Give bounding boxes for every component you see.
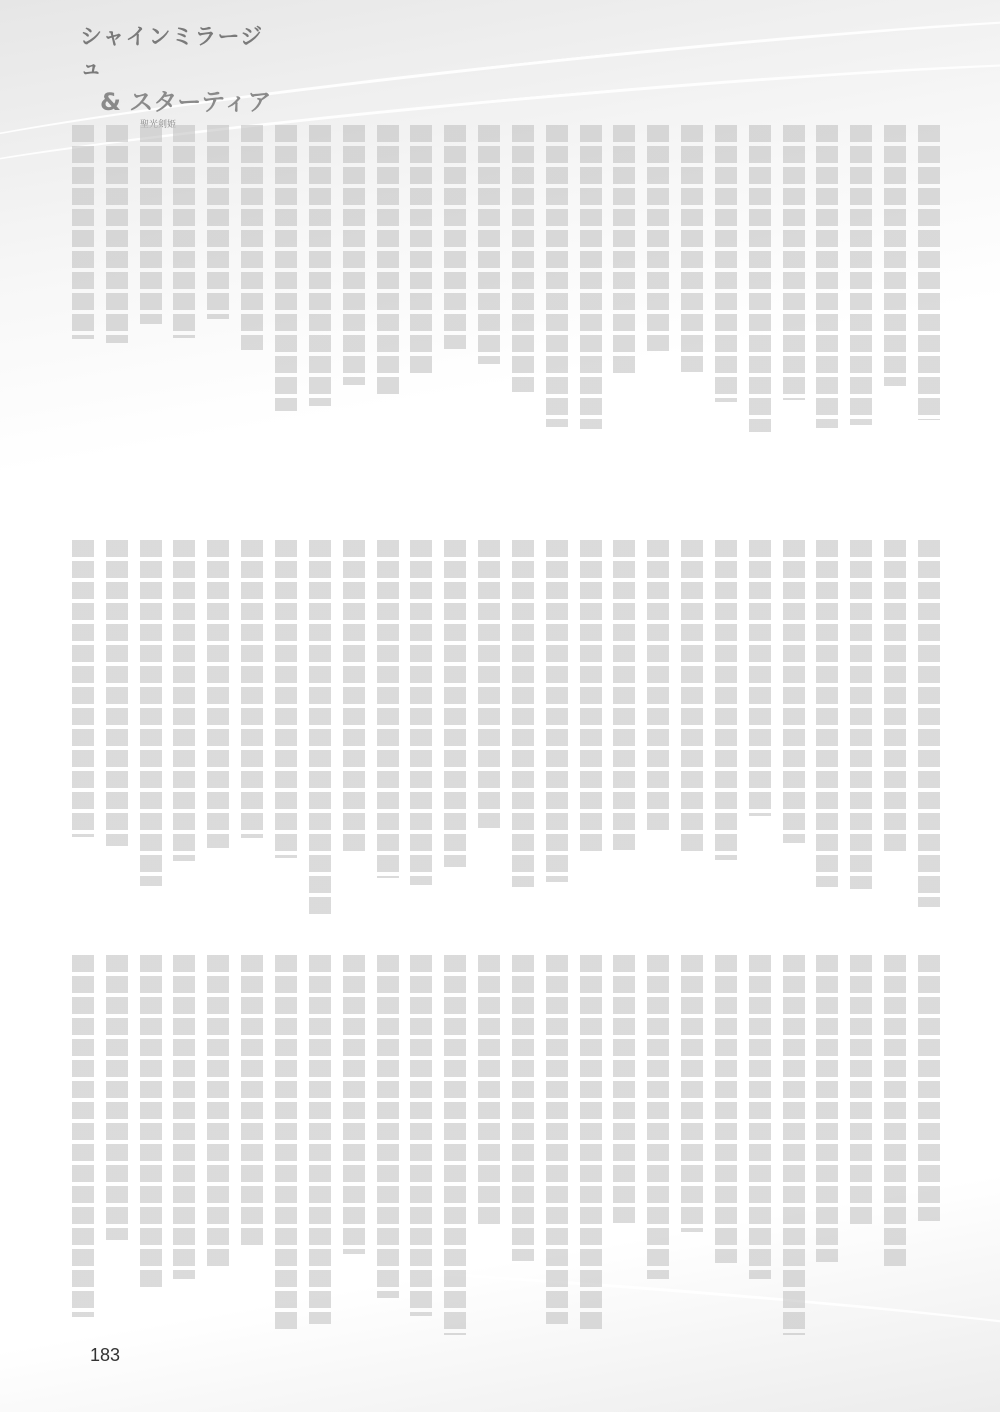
text-placeholder [275, 540, 297, 858]
text-placeholder [72, 540, 94, 837]
text-placeholder [343, 125, 365, 385]
text-placeholder [173, 955, 195, 1279]
text-column [365, 125, 399, 525]
text-placeholder [816, 955, 838, 1262]
text-column [602, 125, 636, 525]
text-placeholder [309, 955, 331, 1324]
text-placeholder [478, 955, 500, 1224]
text-column [669, 540, 703, 940]
text-column [128, 955, 162, 1355]
series-logo: シャインミラージュ & スターティア 聖光剣姫 [80, 20, 280, 100]
text-placeholder [918, 125, 940, 420]
text-column [60, 540, 94, 940]
text-band-top [60, 125, 940, 525]
text-column [771, 955, 805, 1355]
text-placeholder [72, 955, 94, 1317]
text-column [432, 125, 466, 525]
text-column [669, 125, 703, 525]
text-placeholder [546, 955, 568, 1324]
text-column [229, 540, 263, 940]
text-placeholder [512, 955, 534, 1261]
text-column [534, 955, 568, 1355]
text-placeholder [850, 125, 872, 425]
text-placeholder [647, 955, 669, 1279]
text-placeholder [377, 125, 399, 394]
text-placeholder [106, 125, 128, 343]
text-column [737, 955, 771, 1355]
text-column [568, 125, 602, 525]
text-placeholder [444, 955, 466, 1335]
text-placeholder [410, 540, 432, 885]
text-column [432, 955, 466, 1355]
text-placeholder [715, 125, 737, 402]
text-placeholder [512, 125, 534, 392]
text-column [128, 125, 162, 525]
text-column [128, 540, 162, 940]
text-column [737, 540, 771, 940]
text-placeholder [884, 125, 906, 386]
text-placeholder [343, 540, 365, 853]
text-placeholder [444, 125, 466, 349]
text-placeholder [918, 955, 940, 1221]
text-column [297, 540, 331, 940]
text-column [195, 540, 229, 940]
text-placeholder [343, 955, 365, 1254]
text-placeholder [918, 540, 940, 907]
text-placeholder [377, 955, 399, 1298]
text-placeholder [173, 540, 195, 861]
text-column [229, 955, 263, 1355]
text-column [534, 125, 568, 525]
text-placeholder [106, 540, 128, 846]
text-column [331, 955, 365, 1355]
text-placeholder [681, 125, 703, 372]
text-placeholder [241, 955, 263, 1247]
text-column [838, 955, 872, 1355]
text-column [432, 540, 466, 940]
text-column [805, 540, 839, 940]
text-column [703, 540, 737, 940]
text-column [162, 125, 196, 525]
text-placeholder [546, 540, 568, 882]
text-placeholder [783, 125, 805, 400]
text-column [602, 540, 636, 940]
text-column [466, 540, 500, 940]
text-placeholder [613, 955, 635, 1223]
text-placeholder [207, 125, 229, 319]
text-placeholder [783, 955, 805, 1335]
text-placeholder [241, 540, 263, 838]
text-placeholder [478, 125, 500, 364]
text-placeholder [783, 540, 805, 843]
text-placeholder [816, 540, 838, 887]
logo-title-2: & スターティア [100, 82, 280, 117]
text-column [399, 955, 433, 1355]
text-column [872, 540, 906, 940]
text-placeholder [749, 955, 771, 1279]
text-placeholder [309, 125, 331, 406]
text-placeholder [140, 955, 162, 1288]
text-placeholder [749, 540, 771, 816]
text-column [94, 125, 128, 525]
text-placeholder [444, 540, 466, 867]
text-column [635, 125, 669, 525]
text-placeholder [647, 540, 669, 832]
text-column [703, 125, 737, 525]
text-column [737, 125, 771, 525]
text-placeholder [410, 955, 432, 1316]
text-placeholder [377, 540, 399, 878]
text-column [162, 540, 196, 940]
text-placeholder [647, 125, 669, 351]
text-placeholder [850, 955, 872, 1228]
text-placeholder [207, 540, 229, 848]
text-column [635, 540, 669, 940]
logo-title-2-text: スターティア [129, 88, 271, 116]
text-placeholder [140, 125, 162, 324]
text-placeholder [478, 540, 500, 828]
text-placeholder [275, 955, 297, 1329]
text-column [60, 125, 94, 525]
text-placeholder [173, 125, 195, 338]
text-column [568, 955, 602, 1355]
text-column [263, 540, 297, 940]
text-placeholder [580, 125, 602, 429]
text-column [906, 955, 940, 1355]
text-placeholder [884, 540, 906, 852]
text-placeholder [207, 955, 229, 1270]
logo-ampersand: & [100, 88, 121, 116]
text-column [872, 125, 906, 525]
text-band-middle [60, 540, 940, 940]
text-placeholder [106, 955, 128, 1240]
text-placeholder [309, 540, 331, 914]
text-placeholder [715, 540, 737, 860]
text-placeholder [580, 540, 602, 851]
page-number: 183 [90, 1345, 120, 1366]
text-column [635, 955, 669, 1355]
text-column [399, 540, 433, 940]
text-column [500, 125, 534, 525]
text-placeholder [816, 125, 838, 428]
text-column [805, 125, 839, 525]
text-column [195, 125, 229, 525]
text-column [365, 540, 399, 940]
text-placeholder [681, 955, 703, 1232]
text-placeholder [884, 955, 906, 1269]
text-column [229, 125, 263, 525]
text-column [365, 955, 399, 1355]
text-column [331, 540, 365, 940]
text-column [534, 540, 568, 940]
text-placeholder [749, 125, 771, 432]
text-column [500, 540, 534, 940]
text-placeholder [715, 955, 737, 1263]
text-column [466, 955, 500, 1355]
text-placeholder [546, 125, 568, 427]
text-column [297, 125, 331, 525]
text-column [838, 125, 872, 525]
text-column [297, 955, 331, 1355]
text-column [94, 540, 128, 940]
text-placeholder [681, 540, 703, 851]
text-column [906, 540, 940, 940]
text-placeholder [72, 125, 94, 339]
text-column [162, 955, 196, 1355]
text-column [568, 540, 602, 940]
text-column [466, 125, 500, 525]
text-placeholder [275, 125, 297, 411]
text-band-bottom [60, 955, 940, 1355]
text-placeholder [613, 125, 635, 377]
text-column [60, 955, 94, 1355]
text-column [263, 955, 297, 1355]
text-column [906, 125, 940, 525]
text-column [94, 955, 128, 1355]
text-column [263, 125, 297, 525]
text-column [838, 540, 872, 940]
logo-title-1: シャインミラージュ [80, 20, 280, 82]
text-column [771, 125, 805, 525]
text-column [669, 955, 703, 1355]
text-column [602, 955, 636, 1355]
text-column [195, 955, 229, 1355]
text-column [872, 955, 906, 1355]
text-column [771, 540, 805, 940]
text-placeholder [410, 125, 432, 377]
text-column [399, 125, 433, 525]
text-column [331, 125, 365, 525]
text-column [703, 955, 737, 1355]
text-column [805, 955, 839, 1355]
text-placeholder [512, 540, 534, 887]
text-placeholder [140, 540, 162, 886]
text-column [500, 955, 534, 1355]
text-placeholder [580, 955, 602, 1333]
text-placeholder [613, 540, 635, 850]
text-placeholder [241, 125, 263, 350]
text-placeholder [850, 540, 872, 889]
